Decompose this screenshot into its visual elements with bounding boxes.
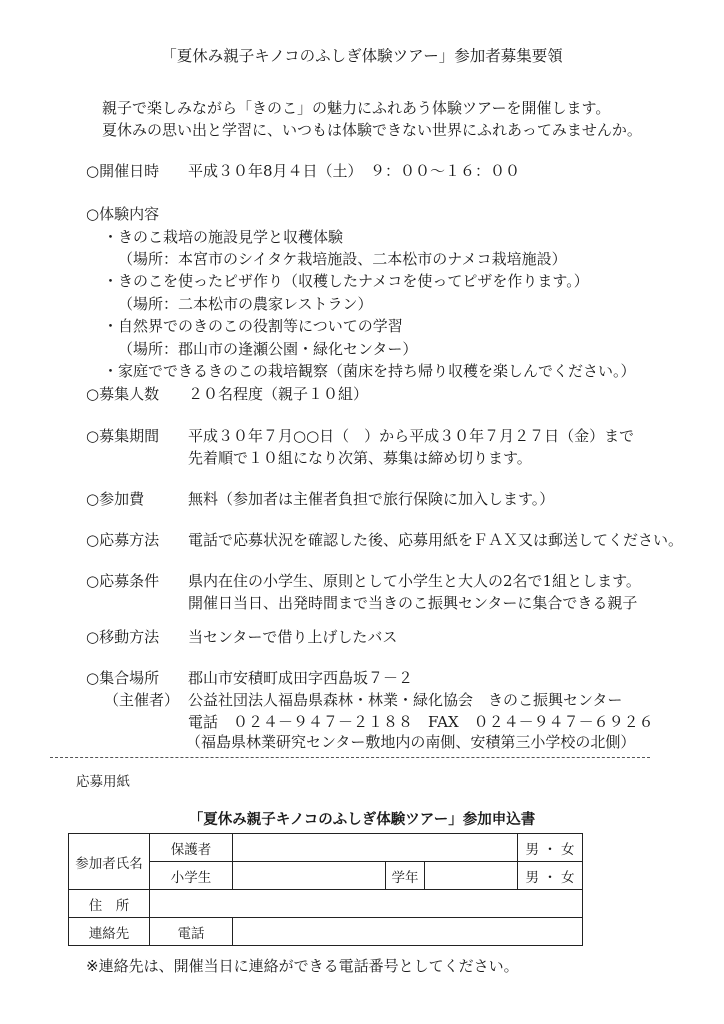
method-label: ○応募方法 (86, 529, 159, 550)
meeting-line-2: 公益社団法人福島県森林・林業・緑化協会 きのこ振興センター (188, 689, 622, 710)
organizer-label: （主催者） (104, 689, 179, 710)
grade-label: 学年 (386, 862, 425, 890)
capacity-value: ２０名程度（親子１０組） (188, 383, 368, 404)
transport-label: ○移動方法 (86, 626, 159, 647)
address-field[interactable] (150, 890, 583, 918)
guardian-gender-option[interactable]: 男 ・ 女 (518, 834, 583, 862)
address-label: 住 所 (69, 890, 150, 918)
student-label: 小学生 (150, 862, 233, 890)
conditions-line-2: 開催日当日、出発時間まで当きのこ振興センターに集合できる親子 (188, 592, 637, 613)
date-label: ○開催日時 (86, 160, 159, 181)
grade-field[interactable] (425, 862, 518, 890)
transport-value: 当センターで借り上げしたバス (188, 626, 397, 647)
intro-line-2: 夏休みの思い出と学習に、いつもは体験できない世界にふれあってみませんか。 (102, 119, 642, 140)
period-line-1: 平成３０年７月○○日（ ）から平成３０年７月２７日（金）まで (188, 425, 634, 446)
content-item-4: ・家庭でできるきのこの栽培観察（菌床を持ち帰り収穫を楽しんでください。） (103, 360, 636, 381)
period-line-2: 先着順で１０組になり次第、募集は締め切ります。 (188, 447, 532, 468)
content-item-1-place: （場所：本宮市のシイタケ栽培施設、二本松市のナメコ栽培施設） (118, 248, 567, 269)
cut-line-divider (50, 757, 650, 758)
meeting-line-3: 電話 ０２４－９４７－２１８８ FAX ０２４－９４７－６９２６ (188, 711, 654, 732)
student-gender-option[interactable]: 男 ・ 女 (518, 862, 583, 890)
form-section-label: 応募用紙 (76, 770, 130, 790)
participant-name-label: 参加者氏名 (69, 834, 150, 890)
fee-label: ○参加費 (86, 488, 144, 509)
content-item-3: ・自然界でのきのこの役割等についての学習 (103, 315, 403, 336)
content-label: ○体験内容 (86, 203, 159, 224)
content-item-2-place: （場所：二本松市の農家レストラン） (118, 293, 373, 314)
date-value: 平成３０年8月４日（土） ９：００～１６：００ (188, 160, 520, 181)
document-title: 「夏休み親子キノコのふしぎ体験ツアー」参加者募集要領 (0, 44, 724, 66)
intro-line-1: 親子で楽しみながら「きのこ」の魅力にふれあう体験ツアーを開催します。 (102, 97, 610, 118)
student-name-field[interactable] (233, 862, 386, 890)
capacity-label: ○募集人数 (86, 383, 159, 404)
content-item-2: ・きのこを使ったピザ作り（収穫したナメコを使ってピザを作ります。） (103, 270, 589, 291)
content-item-1: ・きのこ栽培の施設見学と収穫体験 (103, 226, 343, 247)
form-title: 「夏休み親子キノコのふしぎ体験ツアー」参加申込書 (0, 808, 724, 829)
guardian-name-field[interactable] (233, 834, 518, 862)
application-form-table: 参加者氏名 保護者 男 ・ 女 小学生 学年 男 ・ 女 住 所 連絡先 電話 (68, 833, 583, 946)
fee-value: 無料（参加者は主催者負担で旅行保険に加入します。） (188, 488, 554, 509)
guardian-label: 保護者 (150, 834, 233, 862)
method-value: 電話で応募状況を確認した後、応募用紙をＦＡＸ又は郵送してください。 (188, 529, 683, 550)
meeting-label: ○集合場所 (86, 667, 159, 688)
meeting-line-4: （福島県林業研究センター敷地内の南側、安積第三小学校の北側） (186, 731, 635, 752)
contact-note: ※連絡先は、開催当日に連絡ができる電話番号としてください。 (86, 955, 519, 976)
contact-label: 連絡先 (69, 918, 150, 946)
conditions-label: ○応募条件 (86, 570, 159, 591)
meeting-line-1: 郡山市安積町成田字西島坂７－２ (188, 667, 413, 688)
conditions-line-1: 県内在住の小学生、原則として小学生と大人の2名で1組とします。 (188, 570, 641, 591)
phone-label: 電話 (150, 918, 233, 946)
period-label: ○募集期間 (86, 425, 159, 446)
content-item-3-place: （場所：郡山市の逢瀬公園・緑化センター） (118, 338, 417, 359)
phone-field[interactable] (233, 918, 583, 946)
